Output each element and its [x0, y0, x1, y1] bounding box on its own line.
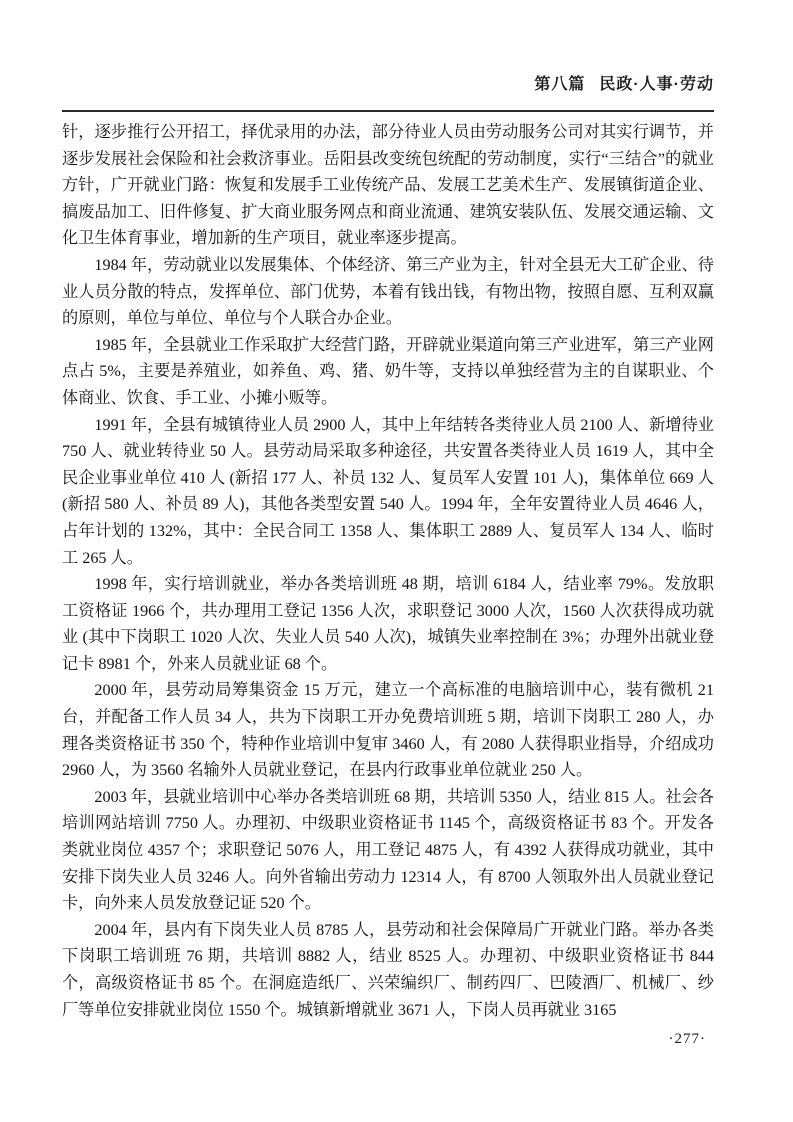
paragraph-2004: 2004 年，县内有下岗失业人员 8785 人，县劳动和社会保障局广开就业门路。… [62, 917, 714, 1023]
document-page: 第八篇民政·人事·劳动 针，逐步推行公开招工，择优录用的办法，部分待业人员由劳动… [0, 0, 793, 1122]
paragraph-1991: 1991 年，全县有城镇待业人员 2900 人，其中上年结转各类待业人员 210… [62, 412, 714, 572]
header-rule [62, 110, 714, 112]
header-section-title: 民政·人事·劳动 [599, 76, 714, 93]
paragraph-continuation: 针，逐步推行公开招工，择优录用的办法，部分待业人员由劳动服务公司对其实行调节，并… [62, 119, 714, 252]
paragraph-2000: 2000 年，县劳动局筹集资金 15 万元，建立一个高标准的电脑培训中心，装有微… [62, 677, 714, 783]
paragraph-2003: 2003 年，县就业培训中心举办各类培训班 68 期，共培训 5350 人，结业… [62, 784, 714, 917]
paragraph-1984: 1984 年，劳动就业以发展集体、个体经济、第三产业为主，针对全县无大工矿企业、… [62, 252, 714, 332]
paragraph-1998: 1998 年，实行培训就业，举办各类培训班 48 期，培训 6184 人，结业率… [62, 571, 714, 677]
body-text: 针，逐步推行公开招工，择优录用的办法，部分待业人员由劳动服务公司对其实行调节，并… [62, 119, 714, 1023]
page-header: 第八篇民政·人事·劳动 [62, 74, 714, 96]
header-section-label: 第八篇 [534, 76, 585, 93]
page-number: ·277· [669, 1031, 707, 1048]
paragraph-1985: 1985 年，全县就业工作采取扩大经营门路，开辟就业渠道向第三产业进军，第三产业… [62, 332, 714, 412]
